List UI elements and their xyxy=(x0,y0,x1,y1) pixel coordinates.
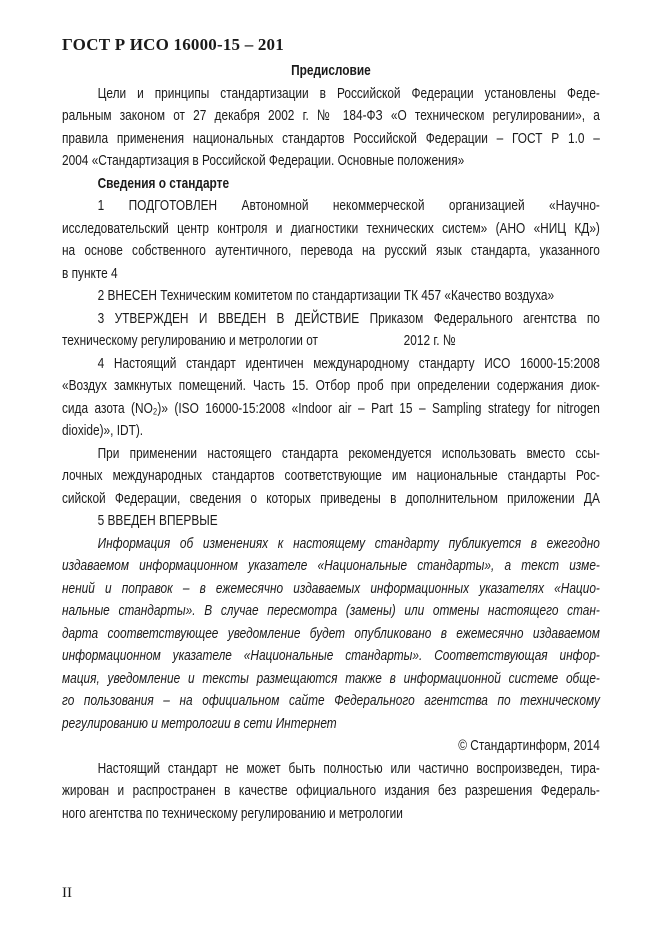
text-line: Информация об изменениях к настоящему ст… xyxy=(62,533,600,556)
page-content: ГОСТ Р ИСО 16000-15 – 201 Предисловие Це… xyxy=(0,0,661,825)
text-line: Цели и принципы стандартизации в Российс… xyxy=(62,83,600,106)
text-line: «Воздух замкнутых помещений. Часть 15. О… xyxy=(62,375,600,398)
text-column: Предисловие Цели и принципы стандартизац… xyxy=(62,60,600,825)
text-line: 5 ВВЕДЕН ВПЕРВЫЕ xyxy=(62,510,600,533)
text-line: информационном указателе «Национальные с… xyxy=(62,645,600,668)
text-line: лочных международных стандартов соответс… xyxy=(62,465,600,488)
text-line: 2 ВНЕСЕН Техническим комитетом по станда… xyxy=(62,285,600,308)
text-line: регулированию и метрологии в сети Интерн… xyxy=(62,713,600,736)
text-line: дарта соответствующее уведомление будет … xyxy=(62,623,600,646)
document-code: ГОСТ Р ИСО 16000-15 – 201 xyxy=(62,34,661,56)
text-line: жирован и распространен в качестве офици… xyxy=(62,780,600,803)
text-line: сида азота (NO₂)» (ISO 16000-15:2008 «In… xyxy=(62,398,600,421)
text-line: При применении настоящего стандарта реко… xyxy=(62,443,600,466)
paragraph-recommendation: При применении настоящего стандарта реко… xyxy=(62,443,600,511)
paragraph-first-introduced: 5 ВВЕДЕН ВПЕРВЫЕ xyxy=(62,510,600,533)
paragraph-identical: 4 Настоящий стандарт идентичен междунаро… xyxy=(62,353,600,443)
paragraph-approved: 3 УТВЕРЖДЕН И ВВЕДЕН В ДЕЙСТВИЕ Приказом… xyxy=(62,308,600,353)
text-line: dioxide)», IDT). xyxy=(62,420,600,443)
text-line: издаваемом информационном указателе «Нац… xyxy=(62,555,600,578)
text-line: правила применения национальных стандарт… xyxy=(62,128,600,151)
paragraph-submitted: 2 ВНЕСЕН Техническим комитетом по станда… xyxy=(62,285,600,308)
text-line: го пользования – на официальном сайте Фе… xyxy=(62,690,600,713)
copyright-line: © Стандартинформ, 2014 xyxy=(62,735,600,758)
text-line: 1 ПОДГОТОВЛЕН Автономной некоммерческой … xyxy=(62,195,600,218)
text-line: ральным законом от 27 декабря 2002 г. № … xyxy=(62,105,600,128)
text-line: техническому регулированию и метрологии … xyxy=(62,330,600,353)
text-line: ного агентства по техническому регулиров… xyxy=(62,803,600,826)
text-line: в пункте 4 xyxy=(62,263,600,286)
text-line: 4 Настоящий стандарт идентичен междунаро… xyxy=(62,353,600,376)
page-number: II xyxy=(62,882,72,904)
paragraph-changes-notice: Информация об изменениях к настоящему ст… xyxy=(62,533,600,736)
text-line: мация, уведомление и тексты размещаются … xyxy=(62,668,600,691)
text-line: сийской Федерации, сведения о которых пр… xyxy=(62,488,600,511)
text-line: 2004 «Стандартизация в Российской Федера… xyxy=(62,150,600,173)
text-line: 3 УТВЕРЖДЕН И ВВЕДЕН В ДЕЙСТВИЕ Приказом… xyxy=(62,308,600,331)
section-heading-standard-info: Сведения о стандарте xyxy=(62,173,600,196)
paragraph-goals: Цели и принципы стандартизации в Российс… xyxy=(62,83,600,173)
paragraph-reproduction-restriction: Настоящий стандарт не может быть полност… xyxy=(62,758,600,826)
document-page: ГОСТ Р ИСО 16000-15 – 201 Предисловие Це… xyxy=(0,0,661,936)
text-line: нальные стандарты». В случае пересмотра … xyxy=(62,600,600,623)
paragraph-prepared: 1 ПОДГОТОВЛЕН Автономной некоммерческой … xyxy=(62,195,600,285)
text-line: на основе собственного аутентичного, пер… xyxy=(62,240,600,263)
text-line: нений и поправок – в ежемесячно издаваем… xyxy=(62,578,600,601)
text-line: Настоящий стандарт не может быть полност… xyxy=(62,758,600,781)
page-title: Предисловие xyxy=(62,60,600,83)
text-line: исследовательский центр контроля и диагн… xyxy=(62,218,600,241)
